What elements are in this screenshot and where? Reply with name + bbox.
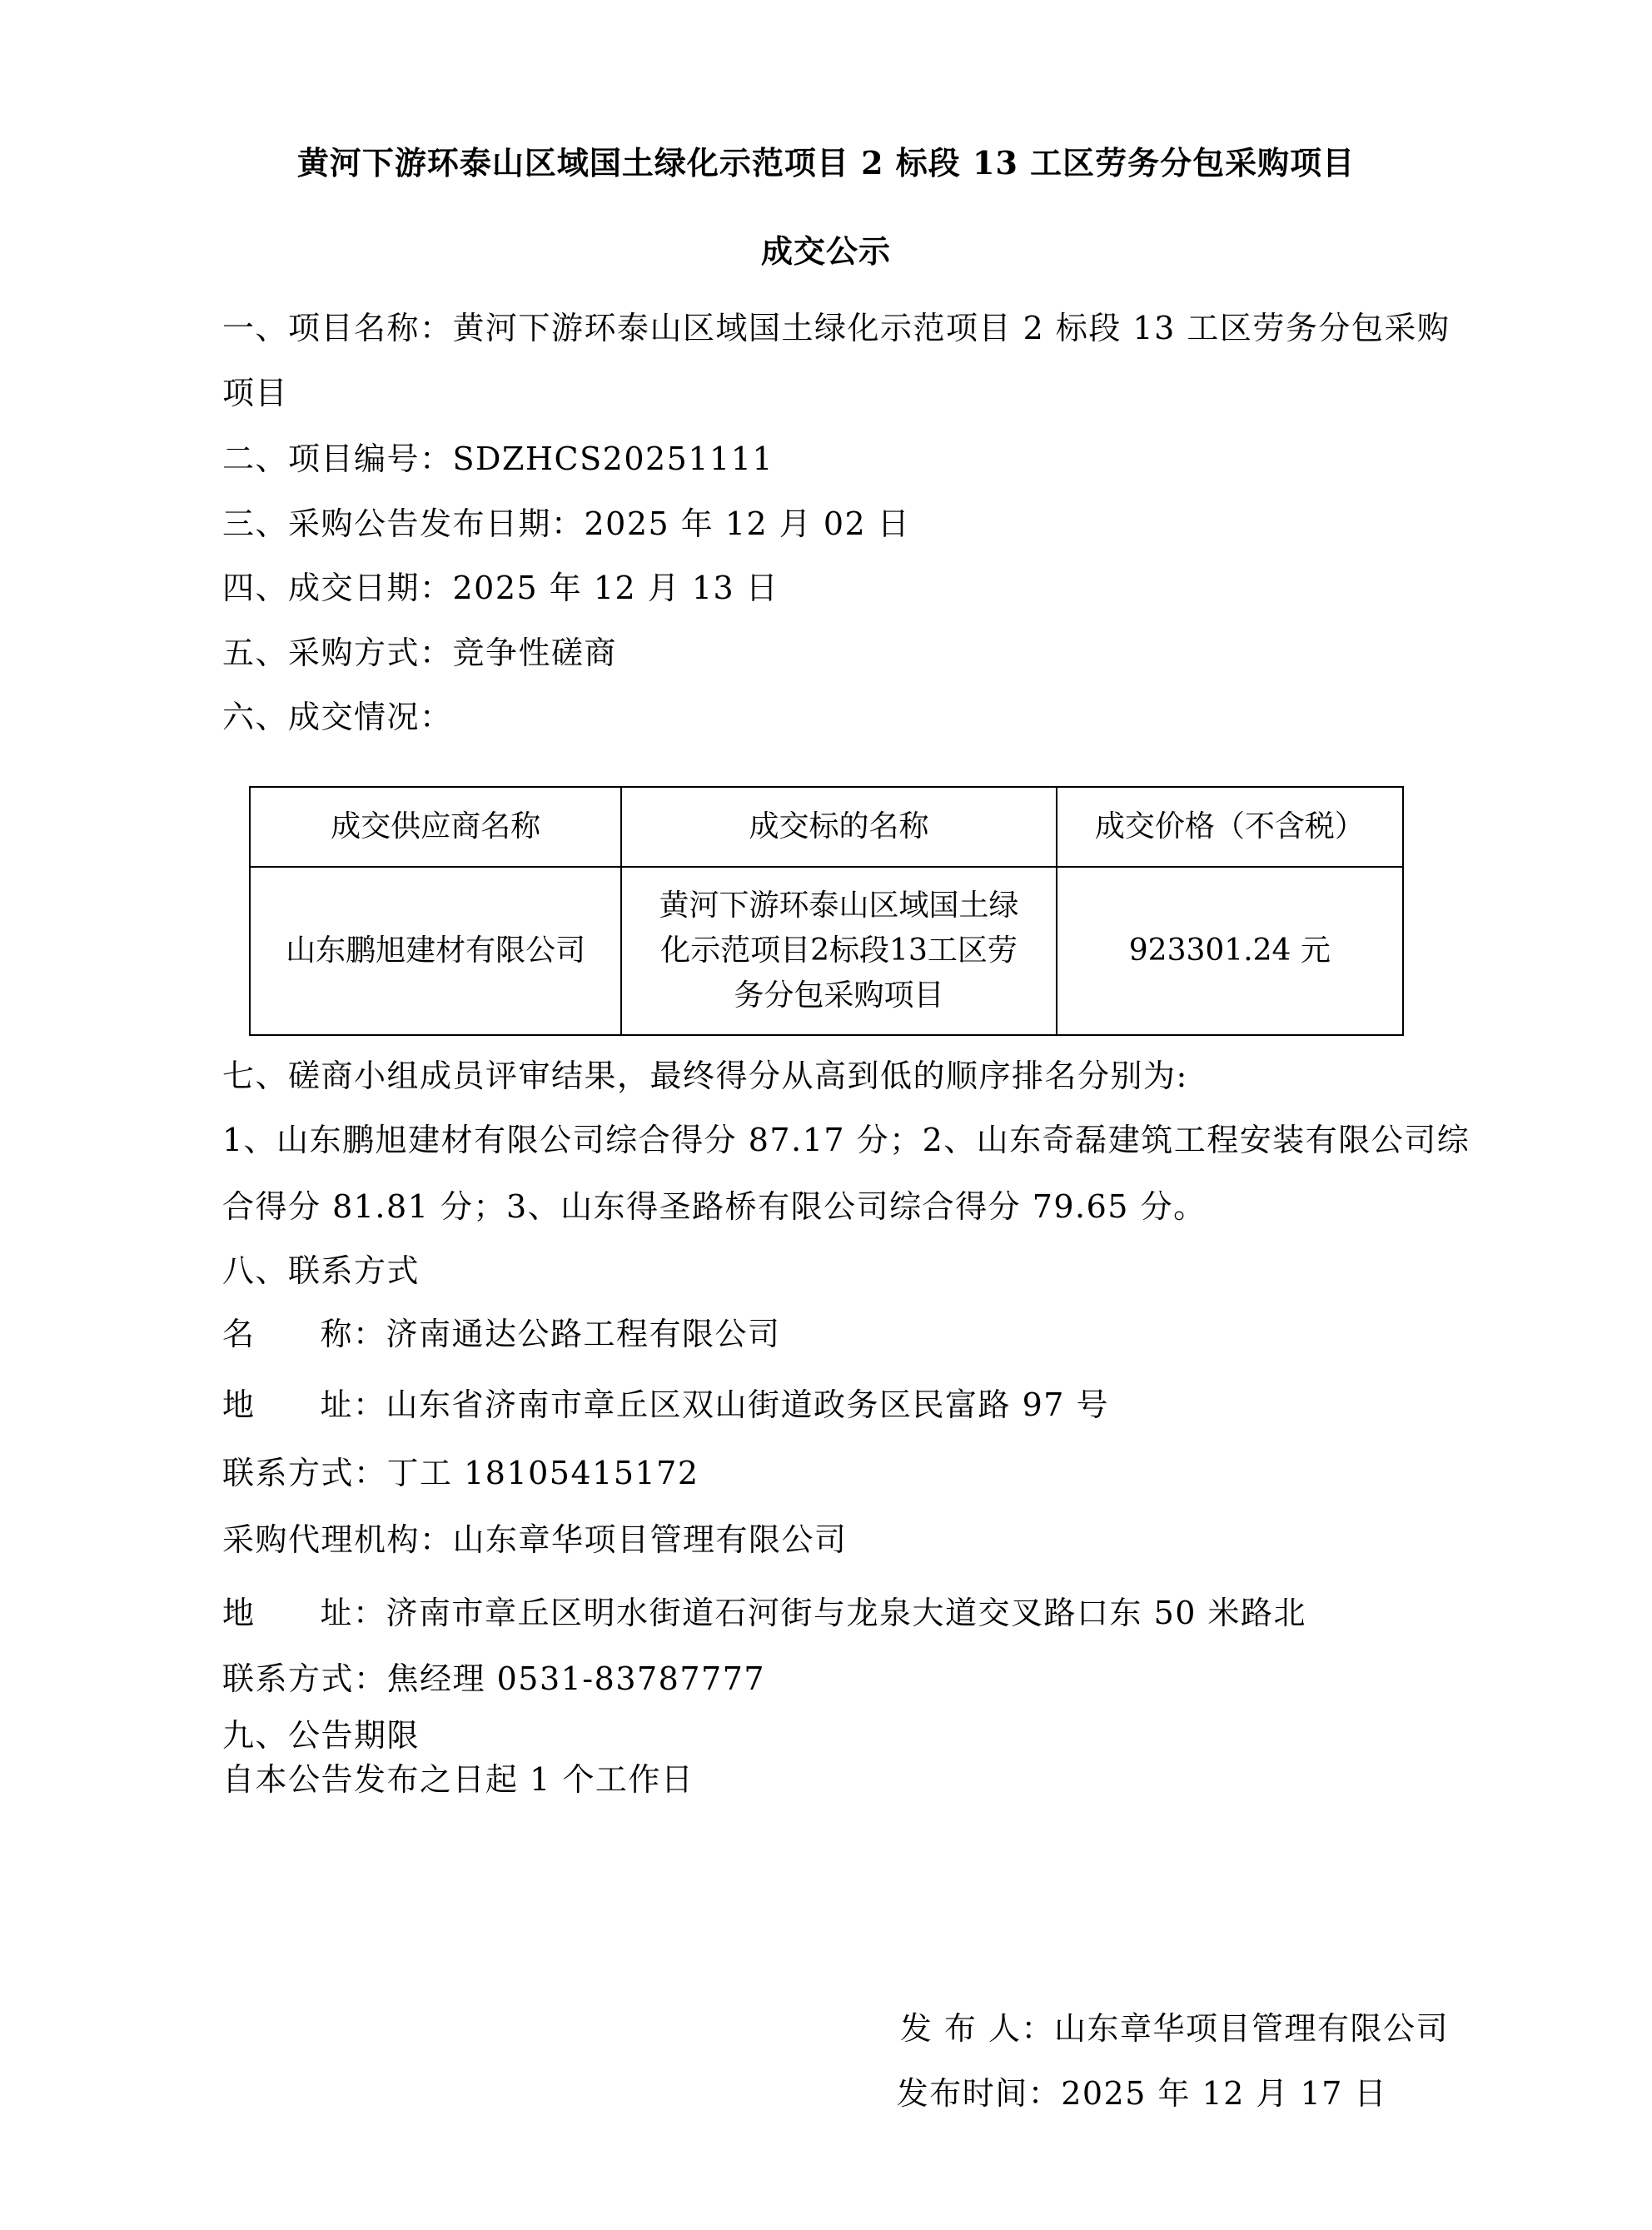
section-8-heading: 八、联系方式 — [222, 1252, 420, 1289]
section-3-announcement-date: 三、采购公告发布日期：2025 年 12 月 02 日 — [222, 505, 910, 542]
document-subtitle: 成交公示 — [0, 233, 1652, 270]
buyer-name-value: 济南通达公路工程有限公司 — [386, 1316, 781, 1352]
deal-table: 成交供应商名称 成交标的名称 成交价格（不含税） 山东鹏旭建材有限公司 黄河下游… — [249, 786, 1404, 1036]
agency-contact-row: 联系方式：焦经理 0531-83787777 — [222, 1660, 765, 1697]
deal-table-header-row: 成交供应商名称 成交标的名称 成交价格（不含税） — [250, 787, 1403, 867]
section-9-heading: 九、公告期限 — [222, 1717, 420, 1754]
section-7-scores-line2: 合得分 81.81 分；3、山东得圣路桥有限公司综合得分 79.65 分。 — [222, 1188, 1207, 1225]
buyer-contact-label: 联系方式： — [222, 1455, 387, 1491]
cell-subject-line: 黄河下游环泰山区域国土绿 — [630, 884, 1047, 928]
buyer-name-label-a: 名 — [222, 1316, 256, 1352]
section-1-project-name: 一、项目名称：黄河下游环泰山区域国土绿化示范项目 2 标段 13 工区劳务分包采… — [222, 310, 1450, 346]
agency-value: 山东章华项目管理有限公司 — [453, 1521, 848, 1558]
section-5-procurement-method: 五、采购方式：竞争性磋商 — [222, 635, 617, 671]
cell-subject-line: 务分包采购项目 — [630, 973, 1047, 1018]
agency-address-label-a: 地 — [222, 1595, 256, 1631]
section-1-project-name-cont: 项目 — [222, 375, 288, 411]
section-9-text: 自本公告发布之日起 1 个工作日 — [222, 1761, 694, 1798]
agency-row: 采购代理机构：山东章华项目管理有限公司 — [222, 1521, 848, 1558]
buyer-address-value: 山东省济南市章丘区双山街道政务区民富路 97 号 — [386, 1386, 1110, 1423]
cell-supplier: 山东鹏旭建材有限公司 — [250, 867, 621, 1035]
agency-address-value: 济南市章丘区明水街道石河街与龙泉大道交叉路口东 50 米路北 — [386, 1595, 1307, 1631]
section-7-scores-line1: 1、山东鹏旭建材有限公司综合得分 87.17 分；2、山东奇磊建筑工程安装有限公… — [222, 1122, 1470, 1158]
cell-subject-line: 化示范项目2标段13工区劳 — [630, 928, 1047, 973]
section-4-deal-date: 四、成交日期：2025 年 12 月 13 日 — [222, 570, 779, 606]
buyer-address-label-b: 址： — [321, 1386, 386, 1423]
document-title: 黄河下游环泰山区域国土绿化示范项目 2 标段 13 工区劳务分包采购项目 — [0, 145, 1652, 182]
agency-contact-value: 焦经理 0531-83787777 — [387, 1660, 766, 1697]
cell-price: 923301.24 元 — [1057, 867, 1403, 1035]
signature-publisher: 发 布 人：山东章华项目管理有限公司 — [900, 2010, 1449, 2047]
section-6-deal-status: 六、成交情况： — [222, 699, 453, 735]
section-2-project-number: 二、项目编号：SDZHCS20251111 — [222, 441, 774, 477]
buyer-contact-value: 丁工 18105415172 — [387, 1455, 699, 1491]
cell-subject: 黄河下游环泰山区域国土绿 化示范项目2标段13工区劳 务分包采购项目 — [621, 867, 1056, 1035]
table-row: 山东鹏旭建材有限公司 黄河下游环泰山区域国土绿 化示范项目2标段13工区劳 务分… — [250, 867, 1403, 1035]
header-subject: 成交标的名称 — [621, 787, 1056, 867]
agency-label: 采购代理机构： — [222, 1521, 453, 1558]
header-price: 成交价格（不含税） — [1057, 787, 1403, 867]
agency-address-row: 地址：济南市章丘区明水街道石河街与龙泉大道交叉路口东 50 米路北 — [222, 1595, 1306, 1631]
buyer-address-row: 地址：山东省济南市章丘区双山街道政务区民富路 97 号 — [222, 1386, 1109, 1423]
agency-contact-label: 联系方式： — [222, 1660, 387, 1697]
section-7-heading: 七、磋商小组成员评审结果，最终得分从高到低的顺序排名分别为: — [222, 1058, 1188, 1094]
buyer-contact-row: 联系方式：丁工 18105415172 — [222, 1455, 699, 1491]
buyer-name-row: 名称：济南通达公路工程有限公司 — [222, 1316, 781, 1352]
signature-publish-time: 发布时间：2025 年 12 月 17 日 — [897, 2075, 1387, 2112]
buyer-name-label-b: 称： — [321, 1316, 386, 1352]
buyer-address-label-a: 地 — [222, 1386, 256, 1423]
agency-address-label-b: 址： — [321, 1595, 386, 1631]
header-supplier: 成交供应商名称 — [250, 787, 621, 867]
